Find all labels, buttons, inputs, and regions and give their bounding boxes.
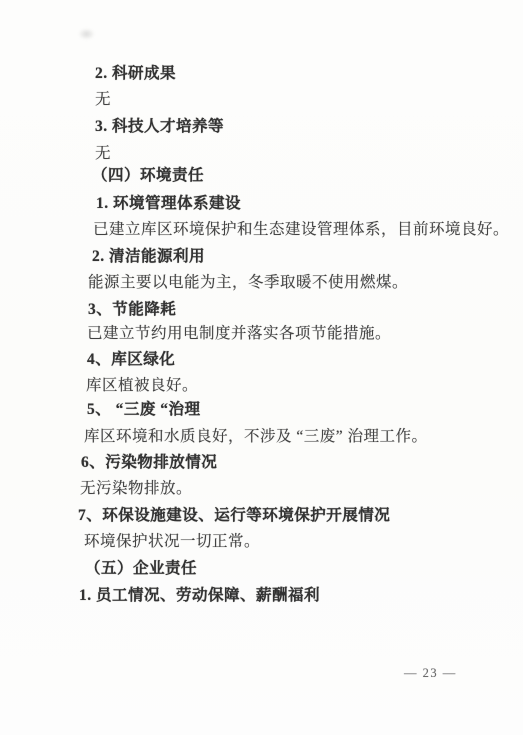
document-line: 无 [95, 90, 111, 109]
document-line: 5、 “三废 “治理 [87, 400, 201, 419]
document-line: 4、库区绿化 [87, 350, 175, 369]
document-line: 1. 环境管理体系建设 [96, 194, 241, 213]
document-line: 6、污染物排放情况 [81, 453, 217, 472]
document-line: 环境保护状况一切正常。 [84, 532, 260, 551]
document-line: 已建立节约用电制度并落实各项节能措施。 [87, 324, 391, 343]
document-line: 能源主要以电能为主，冬季取暖不使用燃煤。 [88, 273, 408, 292]
section-heading: （四）环境责任 [92, 166, 204, 185]
document-line: 7、环保设施建设、运行等环境保护开展情况 [78, 506, 390, 525]
section-heading: （五）企业责任 [85, 559, 197, 578]
document-line: 已建立库区环境保护和生态建设管理体系，目前环境良好。 [93, 220, 509, 239]
document-line: 3、节能降耗 [88, 300, 176, 319]
document-line: 库区环境和水质良好，不涉及 “三废” 治理工作。 [84, 427, 428, 446]
document-line: 2. 清洁能源利用 [92, 247, 205, 266]
document-line: 3. 科技人才培养等 [95, 117, 224, 136]
document-line: 库区植被良好。 [86, 376, 198, 395]
document-line: 无 [95, 144, 111, 163]
document-line: 无污染物排放。 [80, 479, 192, 498]
document-line: 2. 科研成果 [95, 64, 176, 83]
scan-smudge-artifact [78, 28, 95, 40]
scanned-document-page: 2. 科研成果 无 3. 科技人才培养等 无 （四）环境责任 1. 环境管理体系… [0, 0, 523, 735]
document-line: 1. 员工情况、劳动保障、薪酬福利 [79, 586, 320, 605]
page-number: — 23 — [404, 666, 457, 681]
